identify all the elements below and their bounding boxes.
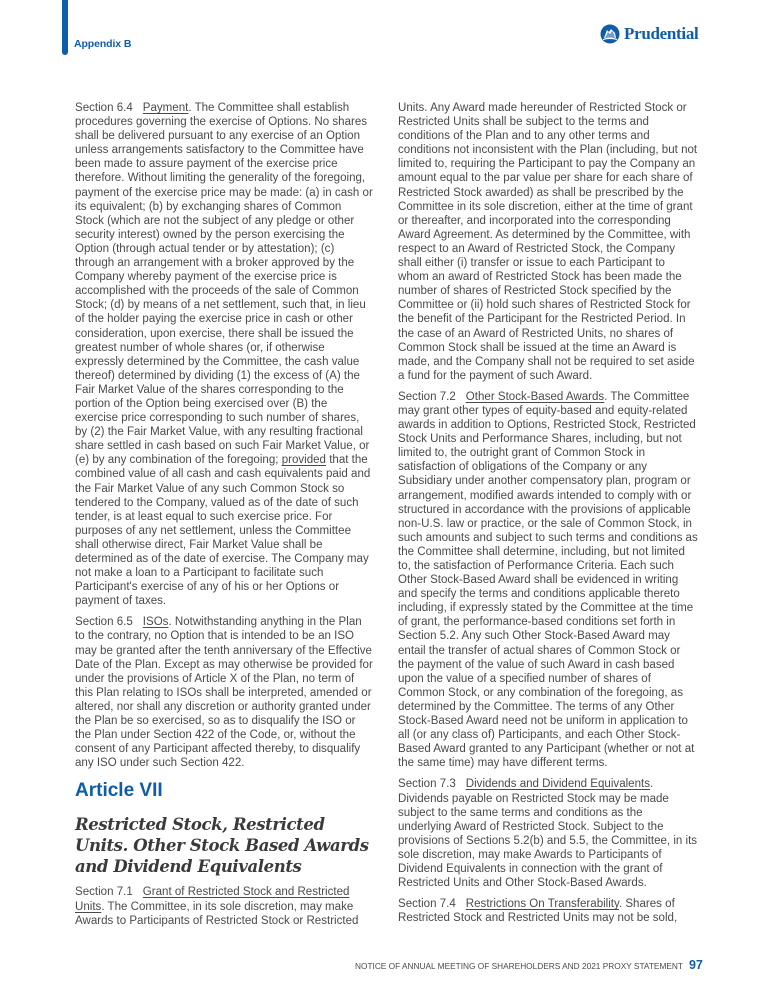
section-7-3: Section 7.3Dividends and Dividend Equiva… bbox=[398, 777, 698, 890]
rock-of-gibraltar-logo-icon bbox=[600, 24, 620, 44]
left-column: Section 6.4Payment. The Committee shall … bbox=[75, 101, 373, 935]
section-6-4: Section 6.4Payment. The Committee shall … bbox=[75, 101, 373, 608]
section-title: Other Stock-Based Awards bbox=[466, 391, 604, 403]
section-7-2: Section 7.2Other Stock-Based Awards. The… bbox=[398, 390, 698, 771]
section-body: . Dividends payable on Restricted Stock … bbox=[398, 778, 697, 889]
section-number: Section 6.5 bbox=[75, 615, 133, 629]
section-title: Restrictions On Transferability bbox=[466, 898, 619, 910]
section-body: . The Committee, in its sole discretion,… bbox=[75, 901, 358, 927]
accent-bar bbox=[62, 0, 68, 55]
brand-logo: Prudential bbox=[600, 24, 698, 44]
article-title: Article VII bbox=[75, 780, 373, 802]
section-number: Section 7.4 bbox=[398, 897, 456, 911]
section-title: Dividends and Dividend Equivalents bbox=[466, 778, 650, 790]
section-title: ISOs bbox=[143, 616, 169, 628]
section-number: Section 7.2 bbox=[398, 390, 456, 404]
section-label: Appendix B bbox=[74, 38, 131, 50]
provided-term: provided bbox=[282, 454, 326, 466]
page-number: 97 bbox=[689, 958, 703, 972]
brand-name: Prudential bbox=[624, 24, 698, 44]
section-number: Section 7.1 bbox=[75, 885, 133, 899]
section-number: Section 7.3 bbox=[398, 777, 456, 791]
section-title: Payment bbox=[143, 102, 189, 114]
page-footer: NOTICE OF ANNUAL MEETING OF SHAREHOLDERS… bbox=[355, 958, 703, 972]
section-body: . The Committee shall establish procedur… bbox=[75, 102, 373, 466]
section-body-cont: that the combined value of all cash and … bbox=[75, 454, 370, 607]
section-body: . The Committee may grant other types of… bbox=[398, 391, 698, 769]
right-column: Units. Any Award made hereunder of Restr… bbox=[398, 101, 698, 932]
article-subtitle: Restricted Stock, Restricted Units. Othe… bbox=[75, 814, 373, 877]
section-body: . Notwithstanding anything in the Plan t… bbox=[75, 616, 373, 769]
footer-text: NOTICE OF ANNUAL MEETING OF SHAREHOLDERS… bbox=[355, 961, 683, 971]
section-7-4: Section 7.4Restrictions On Transferabili… bbox=[398, 897, 698, 925]
section-6-5: Section 6.5ISOs. Notwithstanding anythin… bbox=[75, 615, 373, 770]
section-7-1-continued: Units. Any Award made hereunder of Restr… bbox=[398, 101, 698, 383]
section-number: Section 6.4 bbox=[75, 101, 133, 115]
section-7-1: Section 7.1Grant of Restricted Stock and… bbox=[75, 885, 373, 927]
